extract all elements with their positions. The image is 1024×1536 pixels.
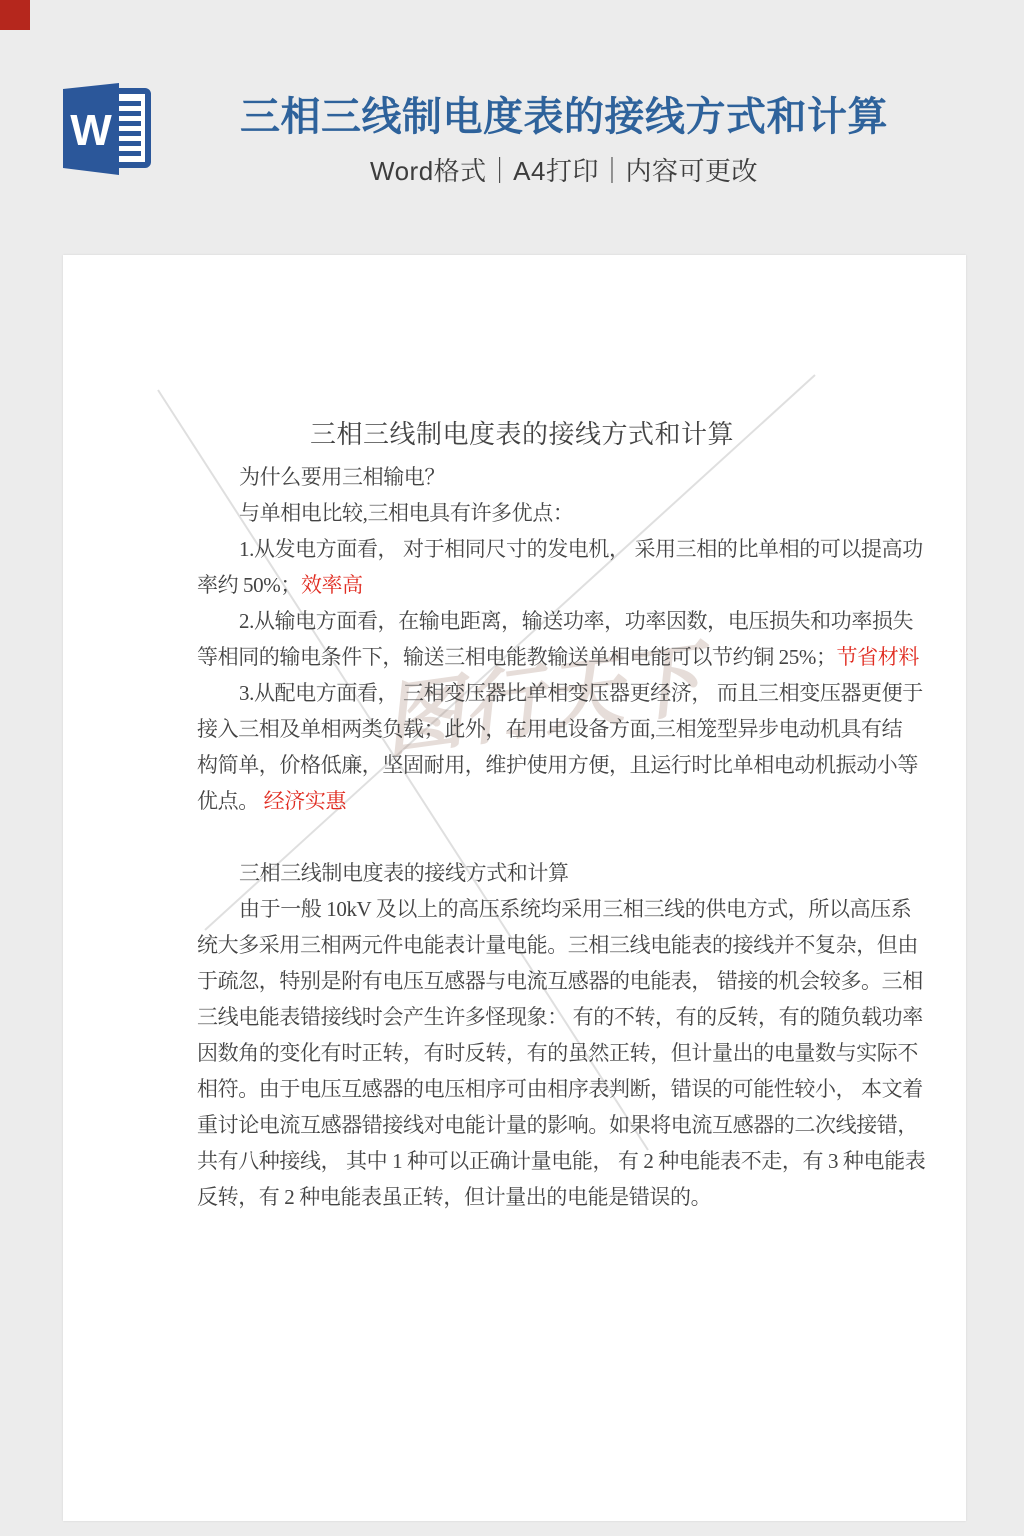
text-line: 相符。由于电压互感器的电压相序可由相序表判断，错误的可能性较小， 本文着 xyxy=(197,1071,847,1107)
body-text: 于疏忽，特别是附有电压互感器与电流互感器的电能表， 错接的机会较多。三相 xyxy=(197,969,923,993)
page-title: 三相三线制电度表的接线方式和计算 xyxy=(164,92,964,142)
text-line xyxy=(197,819,847,855)
text-line: 三线电能表错接线时会产生许多怪现象： 有的不转，有的反转，有的随负载功率 xyxy=(197,999,847,1035)
page-subtitle: Word格式｜A4打印｜内容可更改 xyxy=(164,155,964,187)
document-body: 为什么要用三相输电？与单相电比较,三相电具有许多优点：1.从发电方面看， 对于相… xyxy=(197,459,847,1215)
text-line: 三相三线制电度表的接线方式和计算 xyxy=(197,855,847,891)
text-line: 2.从输电方面看，在输电距离，输送功率，功率因数，电压损失和功率损失 xyxy=(197,603,847,639)
text-line: 反转，有 2 种电能表虽正转，但计量出的电能是错误的。 xyxy=(197,1179,847,1215)
body-text: 三相三线制电度表的接线方式和计算 xyxy=(239,861,569,885)
text-line: 3.从配电方面看， 三相变压器比单相变压器更经济， 而且三相变压器更便于 xyxy=(197,675,847,711)
document-heading: 三相三线制电度表的接线方式和计算 xyxy=(197,415,847,459)
text-line: 为什么要用三相输电？ xyxy=(197,459,847,495)
body-text: 为什么要用三相输电？ xyxy=(239,465,445,489)
text-line: 共有八种接线， 其中 1 种可以正确计量电能， 有 2 种电能表不走，有 3 种… xyxy=(197,1143,847,1179)
body-text: 优点。 xyxy=(197,789,264,813)
text-line: 重讨论电流互感器错接线对电能计量的影响。如果将电流互感器的二次线接错， xyxy=(197,1107,847,1143)
text-line: 统大多采用三相两元件电能表计量电能。三相三线电能表的接线并不复杂，但由 xyxy=(197,927,847,963)
body-text: 相符。由于电压互感器的电压相序可由相序表判断，错误的可能性较小， 本文着 xyxy=(197,1077,923,1101)
body-text: 3.从配电方面看， 三相变压器比单相变压器更经济， 而且三相变压器更便于 xyxy=(239,681,923,705)
body-text: 构简单，价格低廉，坚固耐用，维护使用方便，且运行时比单相电动机振动小等 xyxy=(197,753,918,777)
screenshot-root: { "corner_marker": { "color": "#b5271d" … xyxy=(0,0,1024,1536)
body-text: 率约 50%； xyxy=(197,573,301,597)
text-line: 率约 50%；效率高 xyxy=(197,567,847,603)
body-text: 统大多采用三相两元件电能表计量电能。三相三线电能表的接线并不复杂，但由 xyxy=(197,933,918,957)
header-text-block: 三相三线制电度表的接线方式和计算 Word格式｜A4打印｜内容可更改 xyxy=(164,92,964,187)
body-text: 共有八种接线， 其中 1 种可以正确计量电能， 有 2 种电能表不走，有 3 种… xyxy=(197,1149,925,1173)
body-text: 重讨论电流互感器错接线对电能计量的影响。如果将电流互感器的二次线接错， xyxy=(197,1113,918,1137)
body-text: 接入三相及单相两类负载；此外，在用电设备方面,三相笼型异步电动机具有结 xyxy=(197,717,902,741)
text-line: 因数角的变化有时正转，有时反转，有的虽然正转，但计量出的电量数与实际不 xyxy=(197,1035,847,1071)
text-line: 等相同的输电条件下，输送三相电能教输送单相电能可以节约铜 25%；节省材料 xyxy=(197,639,847,675)
highlighted-red-text: 节省材料 xyxy=(837,645,919,669)
document-content: 三相三线制电度表的接线方式和计算 为什么要用三相输电？与单相电比较,三相电具有许… xyxy=(197,415,847,1215)
text-line: 与单相电比较,三相电具有许多优点： xyxy=(197,495,847,531)
body-text: 三线电能表错接线时会产生许多怪现象： 有的不转，有的反转，有的随负载功率 xyxy=(197,1005,923,1029)
text-line: 接入三相及单相两类负载；此外，在用电设备方面,三相笼型异步电动机具有结 xyxy=(197,711,847,747)
text-line: 于疏忽，特别是附有电压互感器与电流互感器的电能表， 错接的机会较多。三相 xyxy=(197,963,847,999)
body-text: 因数角的变化有时正转，有时反转，有的虽然正转，但计量出的电量数与实际不 xyxy=(197,1041,918,1065)
document-page: 图行天下 三相三线制电度表的接线方式和计算 为什么要用三相输电？与单相电比较,三… xyxy=(63,255,966,1521)
body-text: 由于一般 10kV 及以上的高压系统均采用三相三线的供电方式，所以高压系 xyxy=(239,897,911,921)
body-text: 与单相电比较,三相电具有许多优点： xyxy=(239,501,573,525)
word-icon: W xyxy=(63,83,153,175)
word-icon-letter: W xyxy=(70,106,112,155)
body-text: 等相同的输电条件下，输送三相电能教输送单相电能可以节约铜 25%； xyxy=(197,645,837,669)
text-line: 由于一般 10kV 及以上的高压系统均采用三相三线的供电方式，所以高压系 xyxy=(197,891,847,927)
text-line: 构简单，价格低廉，坚固耐用，维护使用方便，且运行时比单相电动机振动小等 xyxy=(197,747,847,783)
body-text: 1.从发电方面看， 对于相同尺寸的发电机， 采用三相的比单相的可以提高功 xyxy=(239,537,923,561)
highlighted-red-text: 经济实惠 xyxy=(264,789,346,813)
highlighted-red-text: 效率高 xyxy=(301,573,363,597)
corner-marker xyxy=(0,0,30,30)
text-line: 1.从发电方面看， 对于相同尺寸的发电机， 采用三相的比单相的可以提高功 xyxy=(197,531,847,567)
body-text: 2.从输电方面看，在输电距离，输送功率，功率因数，电压损失和功率损失 xyxy=(239,609,913,633)
body-text: 反转，有 2 种电能表虽正转，但计量出的电能是错误的。 xyxy=(197,1185,711,1209)
text-line: 优点。 经济实惠 xyxy=(197,783,847,819)
